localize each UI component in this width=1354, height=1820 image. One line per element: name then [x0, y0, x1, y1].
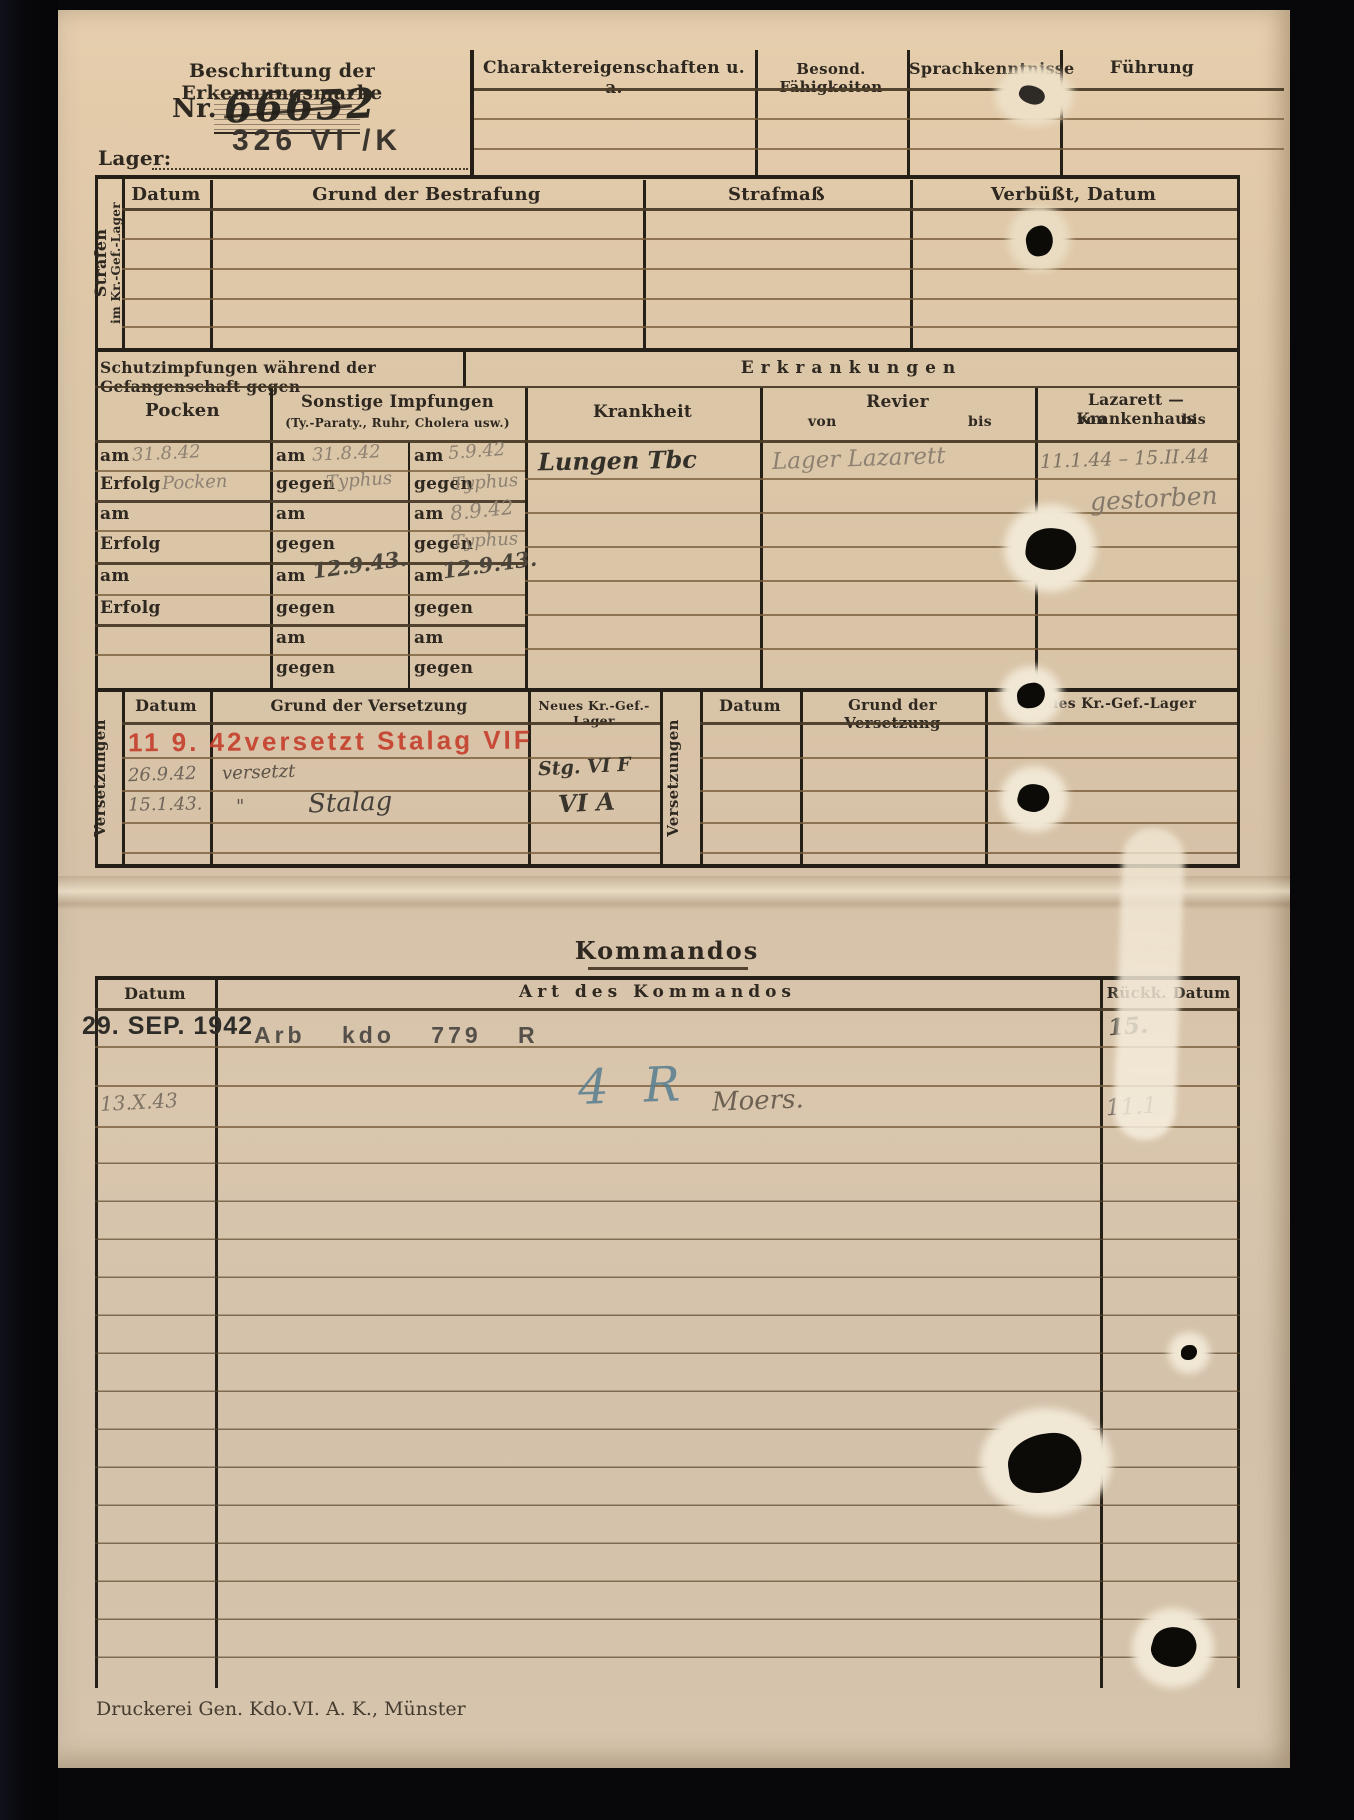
traits-col-header: Charaktereigenschaften u. a. [474, 58, 754, 98]
section-border [95, 976, 1240, 980]
divider [660, 690, 663, 866]
punch-hole [1000, 666, 1062, 726]
am-label: am [276, 504, 306, 524]
hw-versetzung2-ditto: " [236, 796, 244, 817]
strafen-col-grund: Grund der Bestrafung [210, 184, 643, 205]
erfolg-label: Erfolg [100, 474, 161, 494]
col-revier: Revier [760, 392, 1035, 412]
abrasion-smear [1113, 827, 1186, 1141]
rule [525, 648, 1237, 650]
rule [95, 624, 525, 627]
rule [474, 148, 1284, 150]
fold-crease [58, 876, 1290, 910]
hw-pocken-date: 31.8.42 [131, 441, 201, 466]
hw-versetzung1-datum: 26.9.42 [128, 763, 197, 786]
revier-bis-label: bis [968, 414, 992, 430]
versetzungen-col-datum: Datum [122, 696, 210, 715]
divider [210, 692, 213, 866]
divider [643, 180, 646, 348]
divider [985, 692, 988, 866]
kommandos-col-art: Art des Kommandos [215, 982, 1100, 1002]
rule [700, 722, 1237, 725]
am-label: am [100, 504, 130, 524]
strafen-side-label-line1: Strafen [93, 178, 110, 348]
versetzt-red-stamp: 11 9. 42versetzt Stalag VIF [128, 725, 533, 759]
strafen-col-datum: Datum [122, 184, 210, 205]
gegen-label: gegen [414, 598, 473, 618]
table-right-border [1237, 175, 1240, 866]
rule [525, 478, 1237, 480]
title-underline [588, 967, 748, 970]
am-label: am [414, 504, 444, 524]
rule [122, 326, 1237, 328]
rule [95, 594, 525, 596]
conduct-col-header: Führung [1062, 58, 1242, 78]
divider [910, 180, 913, 348]
divider [760, 388, 763, 688]
rule [525, 580, 1237, 582]
gegen-label: gegen [276, 658, 335, 678]
gegen-label: gegen [276, 598, 335, 618]
lager-dotted-line [152, 144, 468, 170]
section-border [95, 348, 1240, 352]
punch-hole [1004, 504, 1096, 592]
strafen-col-strafmass: Strafmaß [643, 184, 910, 205]
col-sonstige-sub: (Ty.-Paraty., Ruhr, Cholera usw.) [270, 416, 525, 430]
section-border [95, 864, 1240, 868]
divider [270, 388, 273, 688]
hw-kommando2-nr-blue: 4 R [577, 1056, 691, 1116]
erkrankungen-banner: Erkrankungen [463, 358, 1240, 378]
kommandos-title: Kommandos [400, 936, 934, 965]
scan-edge [0, 0, 58, 1820]
kommando1-date-stamp: 29. SEP. 1942 [82, 1012, 253, 1041]
punch-hole [1000, 766, 1068, 832]
rule [95, 470, 525, 472]
torn-spot [995, 66, 1073, 126]
empty-ruled-rows [95, 1126, 1240, 1688]
impfungen-banner: Schutzimpfungen während der Gefangenscha… [100, 358, 462, 396]
nr-label: Nr. [172, 94, 217, 124]
divider [408, 442, 410, 688]
rule [122, 852, 660, 854]
erfolg-label: Erfolg [100, 534, 161, 554]
rule [525, 546, 1237, 548]
hw-versetzung1-grund: versetzt [222, 761, 296, 785]
rule [700, 757, 1237, 759]
col-lazarett: Lazarett — Krankenhaus [1035, 390, 1237, 428]
hw-kommando2-ort: Moers. [712, 1084, 805, 1117]
am-label: am [276, 628, 306, 648]
erfolg-label: Erfolg [100, 598, 161, 618]
am-label: am [100, 446, 130, 466]
rule [700, 822, 1237, 824]
am-label: am [276, 566, 306, 586]
strafen-side-label: Strafen im Kr.-Gef.-Lager [93, 178, 125, 348]
scanned-pow-record-card: Beschriftung der Erkennungsmarke Nr. 666… [0, 0, 1354, 1820]
section-border [95, 688, 1240, 692]
rule [95, 1046, 1240, 1048]
versetzungen-side-label-left: Versetzungen [93, 693, 123, 863]
am-label: am [276, 446, 306, 466]
divider [700, 690, 703, 866]
divider [122, 690, 125, 866]
rule [122, 822, 660, 824]
am-label: am [414, 628, 444, 648]
punch-hole [980, 1408, 1112, 1516]
punch-hole [1132, 1608, 1214, 1688]
divider [525, 388, 528, 688]
rule [95, 1008, 1240, 1011]
hw-pocken-erfolg: Pocken [162, 471, 228, 494]
hw-versetzung2-datum: 15.1.43. [128, 793, 203, 815]
hw-kommando2-datum: 13.X.43 [99, 1088, 178, 1116]
versetzungen-col-grund-right: Grund der Versetzung [800, 696, 985, 732]
punch-hole [1168, 1332, 1210, 1374]
divider [210, 180, 213, 348]
hw-sonst1-date1: 31.8.42 [311, 441, 381, 466]
rule [95, 654, 525, 656]
rule [95, 386, 1240, 388]
rule [700, 790, 1237, 792]
section-border [95, 175, 1240, 179]
hw-sonst2-date1: 5.9.42 [447, 439, 506, 464]
lazarett-von-label: von [1078, 412, 1107, 428]
rule [122, 722, 660, 725]
col-sonstige: Sonstige Impfungen [270, 392, 525, 411]
rule [474, 118, 1284, 120]
skills-col-header: Besond. Fähigkeiten [757, 60, 905, 96]
hw-versetzung2-lager: VI A [557, 787, 615, 819]
strafen-side-label-line2: im Kr.-Gef.-Lager [110, 178, 123, 348]
kommandos-col-datum: Datum [95, 984, 215, 1003]
am-label: am [100, 566, 130, 586]
revier-von-label: von [808, 414, 837, 430]
gegen-label: gegen [414, 658, 473, 678]
col-krankheit: Krankheit [525, 402, 760, 422]
gegen-label: gegen [276, 534, 335, 554]
col-pocken: Pocken [95, 400, 270, 421]
hw-versetzung2-grund: Stalag [308, 787, 393, 820]
am-label: am [414, 566, 444, 586]
rule [525, 614, 1237, 616]
rule [95, 440, 1240, 443]
lazarett-bis-label: bis [1182, 412, 1206, 428]
versetzungen-col-datum-right: Datum [700, 696, 800, 715]
versetzungen-col-grund: Grund der Versetzung [210, 696, 528, 715]
rule [122, 298, 1237, 300]
rule [474, 88, 1284, 91]
kommando1-art-stamp: Arb kdo 779 R [254, 1022, 539, 1049]
punch-hole [1008, 206, 1070, 272]
am-label: am [414, 446, 444, 466]
printer-imprint: Druckerei Gen. Kdo.VI. A. K., Münster [96, 1698, 466, 1720]
versetzungen-side-label-right: Versetzungen [666, 693, 696, 863]
strafen-col-verbuesst: Verbüßt, Datum [910, 184, 1237, 205]
hw-krankheit: Lungen Tbc [538, 445, 697, 477]
